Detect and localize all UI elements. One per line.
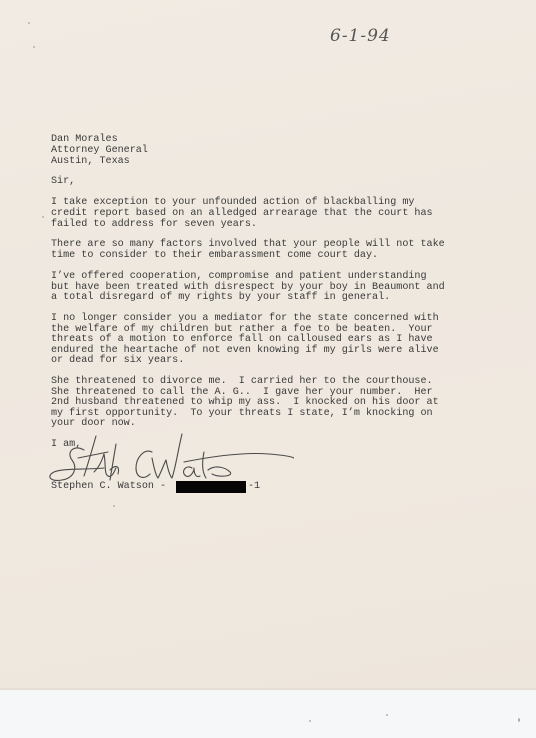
paper-speck: [42, 216, 44, 218]
paper-speck: [386, 714, 388, 716]
paragraph-line: failed to address for seven years.: [51, 220, 257, 231]
recipient-location: Austin, Texas: [51, 157, 130, 168]
paper-speck: [113, 505, 115, 507]
salutation: Sir,: [51, 177, 75, 188]
handwritten-date: 6-1-94: [330, 26, 391, 46]
paper-speck: [309, 720, 311, 722]
handwritten-signature: [44, 430, 294, 490]
scan-background: [0, 690, 536, 738]
paragraph-line: time to consider to their embarassment c…: [51, 251, 378, 262]
paragraph-line: a total disregard of my rights by your s…: [51, 293, 390, 304]
paper-speck: [28, 22, 30, 24]
paper-speck: [518, 718, 520, 722]
paper-speck: [33, 46, 35, 48]
paragraph-line: your door now.: [51, 419, 136, 430]
paragraph-line: or dead for six years.: [51, 356, 184, 367]
